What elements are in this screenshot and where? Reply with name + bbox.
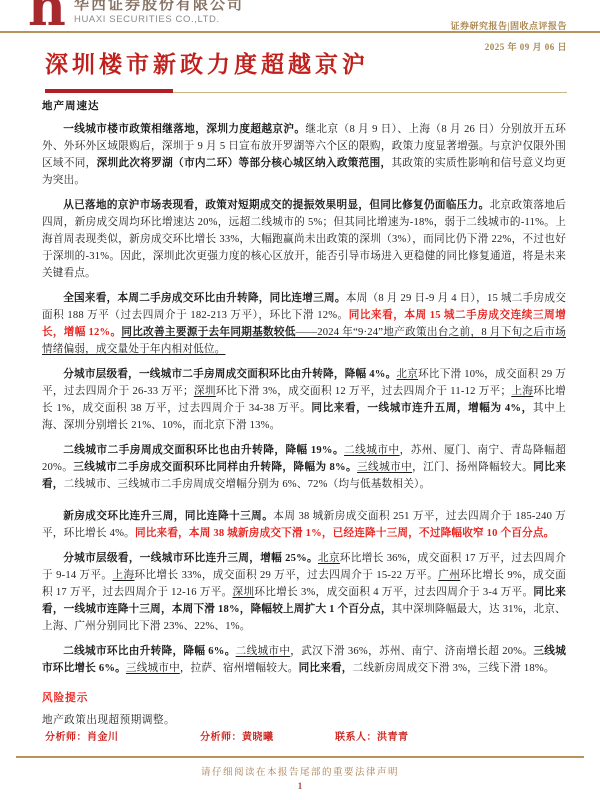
analyst-credit: 联系人：洪青青 <box>335 728 409 743</box>
text-segment: 上海 <box>511 386 533 397</box>
text-segment: 三线城市中 <box>126 663 180 674</box>
text-segment: 环比下滑 3%，成交面积 12 万平，过去四周介于 11-12 万平； <box>216 386 511 397</box>
text-segment: 二线城市环比由升转降，降幅 6%。 <box>63 646 235 657</box>
text-segment: 深圳 <box>194 386 216 397</box>
text-segment: 二线城市二手房周成交面积环比也由升转降，降幅 19%。 <box>63 445 344 456</box>
company-name-en: HUAXI SECURITIES CO.,LTD. <box>74 14 244 26</box>
text-segment: 北京 <box>396 369 418 380</box>
company-block: 华西证券股份有限公司 HUAXI SECURITIES CO.,LTD. <box>74 0 244 26</box>
page-title: 深圳楼市新政力度超越京沪 <box>45 46 369 79</box>
header-divider <box>0 31 600 33</box>
report-page: h 华西证券股份有限公司 HUAXI SECURITIES CO.,LTD. 证… <box>0 0 600 800</box>
paragraph: 分城市层级看，一线城市环比连升三周，增幅 25%。北京环比增长 36%，成交面积… <box>42 550 566 635</box>
title-divider <box>45 89 567 94</box>
text-segment: 广州 <box>438 570 460 581</box>
text-segment: 环比增长 3%，成交面积 4 万平，过去四周介于 3-4 万平。 <box>254 587 533 598</box>
text-segment: 上海 <box>112 570 134 581</box>
paragraph: 二线城市二手房周成交面积环比也由升转降，降幅 19%。二线城市中，苏州、厦门、南… <box>42 442 566 493</box>
text-segment: 同比改善主要源于去年同期基数较低 <box>121 327 295 338</box>
page-number: 1 <box>0 781 600 791</box>
footer-divider <box>16 756 584 758</box>
paragraph: 一线城市楼市政策相继落地，深圳力度超越京沪。继北京（8 月 9 日）、上海（8 … <box>42 121 566 189</box>
paragraph: 二线城市环比由升转降，降幅 6%。二线城市中，武汉下滑 36%，苏州、南宁、济南… <box>42 643 566 677</box>
text-segment: 二线新房周成交下滑 3%，三线下滑 18%。 <box>353 663 555 674</box>
text-segment: 二线城市、三线城市二手房周成交增幅分别为 6%、72%（均与低基数相关）。 <box>64 479 431 490</box>
text-segment: 三线城市二手房成交面积环比同样由升转降，降幅为 8%。 <box>73 462 357 473</box>
text-segment: ，江门、扬州降幅较大。 <box>412 462 533 473</box>
text-segment: 二线城市中 <box>344 445 400 456</box>
title-divider-gold-line <box>173 92 567 93</box>
risk-body: 地产政策出现超预期调整。 <box>42 712 175 727</box>
company-name-cn: 华西证券股份有限公司 <box>74 0 244 14</box>
text-segment: 北京政策落地后四周，新房成交周均环比增速达 20%，远超二线城市的 5%；但其同… <box>42 200 566 279</box>
section-label: 地产周速达 <box>42 98 100 113</box>
paragraph: 新房成交环比连升三周，同比连降十三周。本周 38 城新房成交面积 251 万平，… <box>42 508 566 542</box>
text-segment: 分城市层级看，一线城市环比连升三周，增幅 25%。 <box>63 553 318 564</box>
text-segment: 二线城市中 <box>236 646 291 657</box>
paragraph: 全国来看，本周二手房成交环比由升转降，同比连增三周。本周（8 月 29 日-9 … <box>42 290 566 358</box>
text-segment: 三线城市中 <box>357 462 412 473</box>
analyst-credit: 分析师：肖金川 <box>45 728 200 743</box>
text-segment: 全国来看，本周二手房成交环比由升转降，同比连增三周。 <box>63 293 346 304</box>
risk-heading: 风险提示 <box>42 690 175 705</box>
paragraph: 从已落地的京沪市场表现看，政策对短期成交的提振效果明显，但同比修复仍面临压力。北… <box>42 197 566 282</box>
analyst-row: 分析师：肖金川分析师：黄晓曦联系人：洪青青 <box>45 728 570 743</box>
analyst-credit: 分析师：黄晓曦 <box>200 728 335 743</box>
report-date: 2025 年 09 月 06 日 <box>485 40 567 53</box>
text-segment: ，武汉下滑 36%，苏州、南宁、济南增长超 20%。 <box>290 646 533 657</box>
title-divider-red-bar <box>45 89 173 93</box>
text-segment: 深圳 <box>233 587 255 598</box>
report-body: 一线城市楼市政策相继落地，深圳力度超越京沪。继北京（8 月 9 日）、上海（8 … <box>42 121 566 685</box>
footer-legal-note: 请仔细阅读在本报告尾部的重要法律声明 <box>0 764 600 778</box>
text-segment: 同比来看， <box>299 663 353 674</box>
text-segment: 北京 <box>318 553 340 564</box>
text-segment: ，拉萨、宿州增幅较大。 <box>180 663 299 674</box>
huaxi-logo-icon: h <box>28 0 66 32</box>
text-segment: 环比增长 33%，成交面积 29 万平，过去四周介于 15-22 万平。 <box>135 570 439 581</box>
text-segment: 从已落地的京沪市场表现看，政策对短期成交的提振效果明显，但同比修复仍面临压力。 <box>63 200 489 211</box>
risk-section: 风险提示 地产政策出现超预期调整。 <box>42 690 175 727</box>
text-segment: 同比来看，本周 38 城新房成交下滑 1%，已经连降十三周，不过降幅收窄 10 … <box>135 528 555 539</box>
text-segment: 同比来看，一线城市连升五周，增幅为 4%， <box>311 403 532 414</box>
text-segment: 深圳此次将罗湖（市内二环）等部分核心城区纳入政策范围， <box>97 158 392 169</box>
text-segment: 新房成交环比连升三周，同比连降十三周。 <box>63 511 273 522</box>
text-segment: 分城市层级看，一线城市二手房周成交面积环比由升转降，降幅 4%。 <box>63 369 396 380</box>
text-segment: 一线城市楼市政策相继落地，深圳力度超越京沪。 <box>63 124 305 135</box>
paragraph: 分城市层级看，一线城市二手房周成交面积环比由升转降，降幅 4%。北京环比下滑 1… <box>42 366 566 434</box>
